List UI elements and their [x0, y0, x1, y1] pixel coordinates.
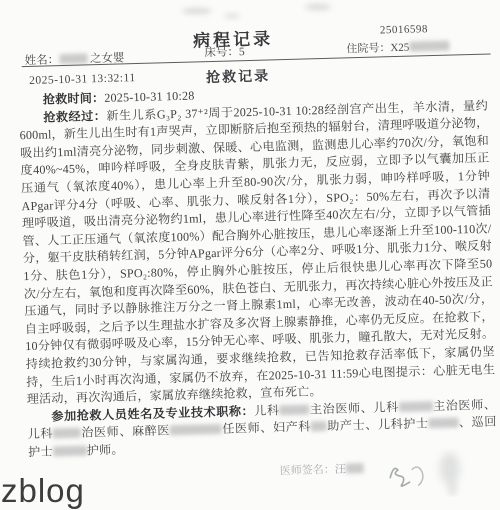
bed-number-label: 床号： — [204, 46, 239, 59]
participants-text-segment: 助产士、儿科护士 — [327, 417, 429, 434]
redacted-participant-name — [428, 418, 458, 429]
rescue-course-paragraph: 抢救经过：新生儿系G₃P₂ 37⁺²周于2025-10-31 10:28经剖宫产… — [19, 97, 496, 409]
handwritten-signature-icon — [377, 446, 488, 499]
rescue-course-label: 抢救经过： — [43, 108, 106, 124]
participants-text-segment: 护师。 — [87, 442, 124, 457]
bed-number-value: 5 — [239, 46, 245, 58]
document-page: 病程记录 25016598 住院号：X25 姓名： 之女婴 床号：5 2025-… — [0, 0, 500, 510]
watermark-text: zblog — [1, 472, 85, 510]
redacted-admission-number — [409, 41, 449, 52]
record-number: 25016598 — [380, 23, 428, 36]
redacted-participant-name — [170, 424, 222, 435]
participants-text-segment: 儿科 — [254, 403, 280, 418]
bed-number: 床号：5 — [204, 43, 245, 60]
rescue-time-value: 2025-10-31 10:28 — [104, 88, 195, 104]
record-body: 抢救时间：2025-10-31 10:28 抢救经过：新生儿系G₃P₂ 37⁺²… — [18, 80, 497, 462]
redacted-participant-name — [53, 428, 81, 439]
rescue-course-text: 新生儿系G₃P₂ 37⁺²周于2025-10-31 10:28经剖宫产出生，羊水… — [19, 98, 495, 406]
rescue-time-label: 抢救时间： — [43, 91, 105, 107]
redacted-participant-name — [311, 421, 327, 431]
admission-number: 住院号：X25 — [346, 38, 449, 57]
admission-number-label: 住院号：X25 — [346, 42, 409, 56]
physician-signature: 医师签名：汪 — [280, 460, 364, 478]
physician-signature-label: 医师签名： — [280, 464, 335, 477]
participants-text-segment: 任医师、妇产科 — [222, 420, 311, 436]
scanned-medical-record: { "header": { "title": "病程记录", "record_n… — [0, 0, 500, 510]
participants-text-segment: 主治医师、儿科 — [309, 400, 399, 416]
redacted-participant-name — [279, 404, 309, 415]
redacted-signature-name — [346, 463, 364, 473]
redacted-participant-name — [399, 401, 433, 412]
redacted-participant-name — [53, 445, 87, 456]
physician-signature-name: 汪 — [335, 464, 346, 476]
redacted-patient-name — [59, 53, 87, 64]
participants-text-segment: 治医师、麻醉医 — [81, 424, 170, 440]
